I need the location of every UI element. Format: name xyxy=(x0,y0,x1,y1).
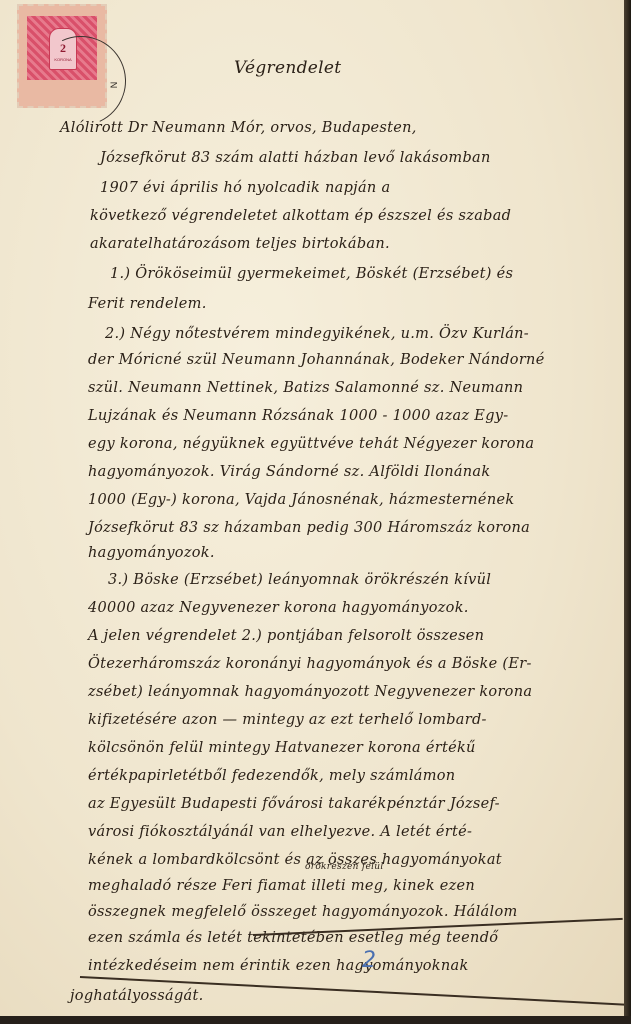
text-line: akaratelhatározásom teljes birtokában. xyxy=(90,236,390,252)
page-number: 2 xyxy=(362,948,376,973)
interlinear-insertion: örökrészén felül xyxy=(305,862,384,872)
text-line: következő végrendeletet alkottam ép észs… xyxy=(90,208,511,224)
text-line: Józsefkörut 83 sz házamban pedig 300 Hár… xyxy=(88,520,530,536)
text-line: A jelen végrendelet 2.) pontjában felsor… xyxy=(88,628,484,644)
text-line: Alólirott Dr Neumann Mór, orvos, Budapes… xyxy=(60,120,417,136)
postmark-text: N xyxy=(108,82,118,89)
text-line: az Egyesült Budapesti fővárosi takarékpé… xyxy=(88,796,500,812)
page-edge-shadow xyxy=(624,0,631,1024)
text-line: összegnek megfelelő összeget hagyományoz… xyxy=(88,904,518,920)
text-line: Ötezerháromszáz koronányi hagyományok és… xyxy=(88,656,532,672)
text-line: joghatályosságát. xyxy=(70,988,204,1004)
text-line: zsébet) leányomnak hagyományozott Negyve… xyxy=(88,684,532,700)
text-line: 1000 (Egy-) korona, Vajda Jánosnénak, há… xyxy=(88,492,514,508)
text-line: intézkedéseim nem érintik ezen hagyomány… xyxy=(88,958,469,974)
text-line: Józsefkörut 83 szám alatti házban levő l… xyxy=(100,150,491,166)
text-line: hagyományozok. Virág Sándorné sz. Alföld… xyxy=(88,464,490,480)
document-page: 2 KORONA N Végrendelet Alólirott Dr Neum… xyxy=(0,0,627,1019)
text-line: városi fiókosztályánál van elhelyezve. A… xyxy=(88,824,472,840)
text-line: kifizetésére azon — mintegy az ezt terhe… xyxy=(88,712,487,728)
text-line: 2.) Négy nőtestvérem mindegyikének, u.m.… xyxy=(105,326,529,342)
text-line: egy korona, négyüknek együttvéve tehát N… xyxy=(88,436,534,452)
text-line: Lujzának és Neumann Rózsának 1000 - 1000… xyxy=(88,408,508,424)
text-line: értékpapirletétből fedezendők, mely szám… xyxy=(88,768,455,784)
text-line: meghaladó része Feri fiamat illeti meg, … xyxy=(88,878,475,894)
text-line: 1.) Örököseimül gyermekeimet, Böskét (Er… xyxy=(110,266,513,282)
text-line: 3.) Böske (Erzsébet) leányomnak örökrész… xyxy=(108,572,491,588)
text-line: Ferit rendelem. xyxy=(88,296,207,312)
text-line: kölcsönön felül mintegy Hatvanezer koron… xyxy=(88,740,476,756)
document-title: Végrendelet xyxy=(234,58,341,78)
page-edge-shadow xyxy=(0,1016,631,1024)
text-line: kének a lombardkölcsönt és az összes hag… xyxy=(88,852,502,868)
text-line: 40000 azaz Negyvenezer korona hagyományo… xyxy=(88,600,469,616)
text-line: szül. Neumann Nettinek, Batizs Salamonné… xyxy=(88,380,523,396)
text-line: 1907 évi április hó nyolcadik napján a xyxy=(100,180,390,196)
text-line: hagyományozok. xyxy=(88,545,215,561)
text-line: der Móricné szül Neumann Johannának, Bod… xyxy=(88,352,545,368)
